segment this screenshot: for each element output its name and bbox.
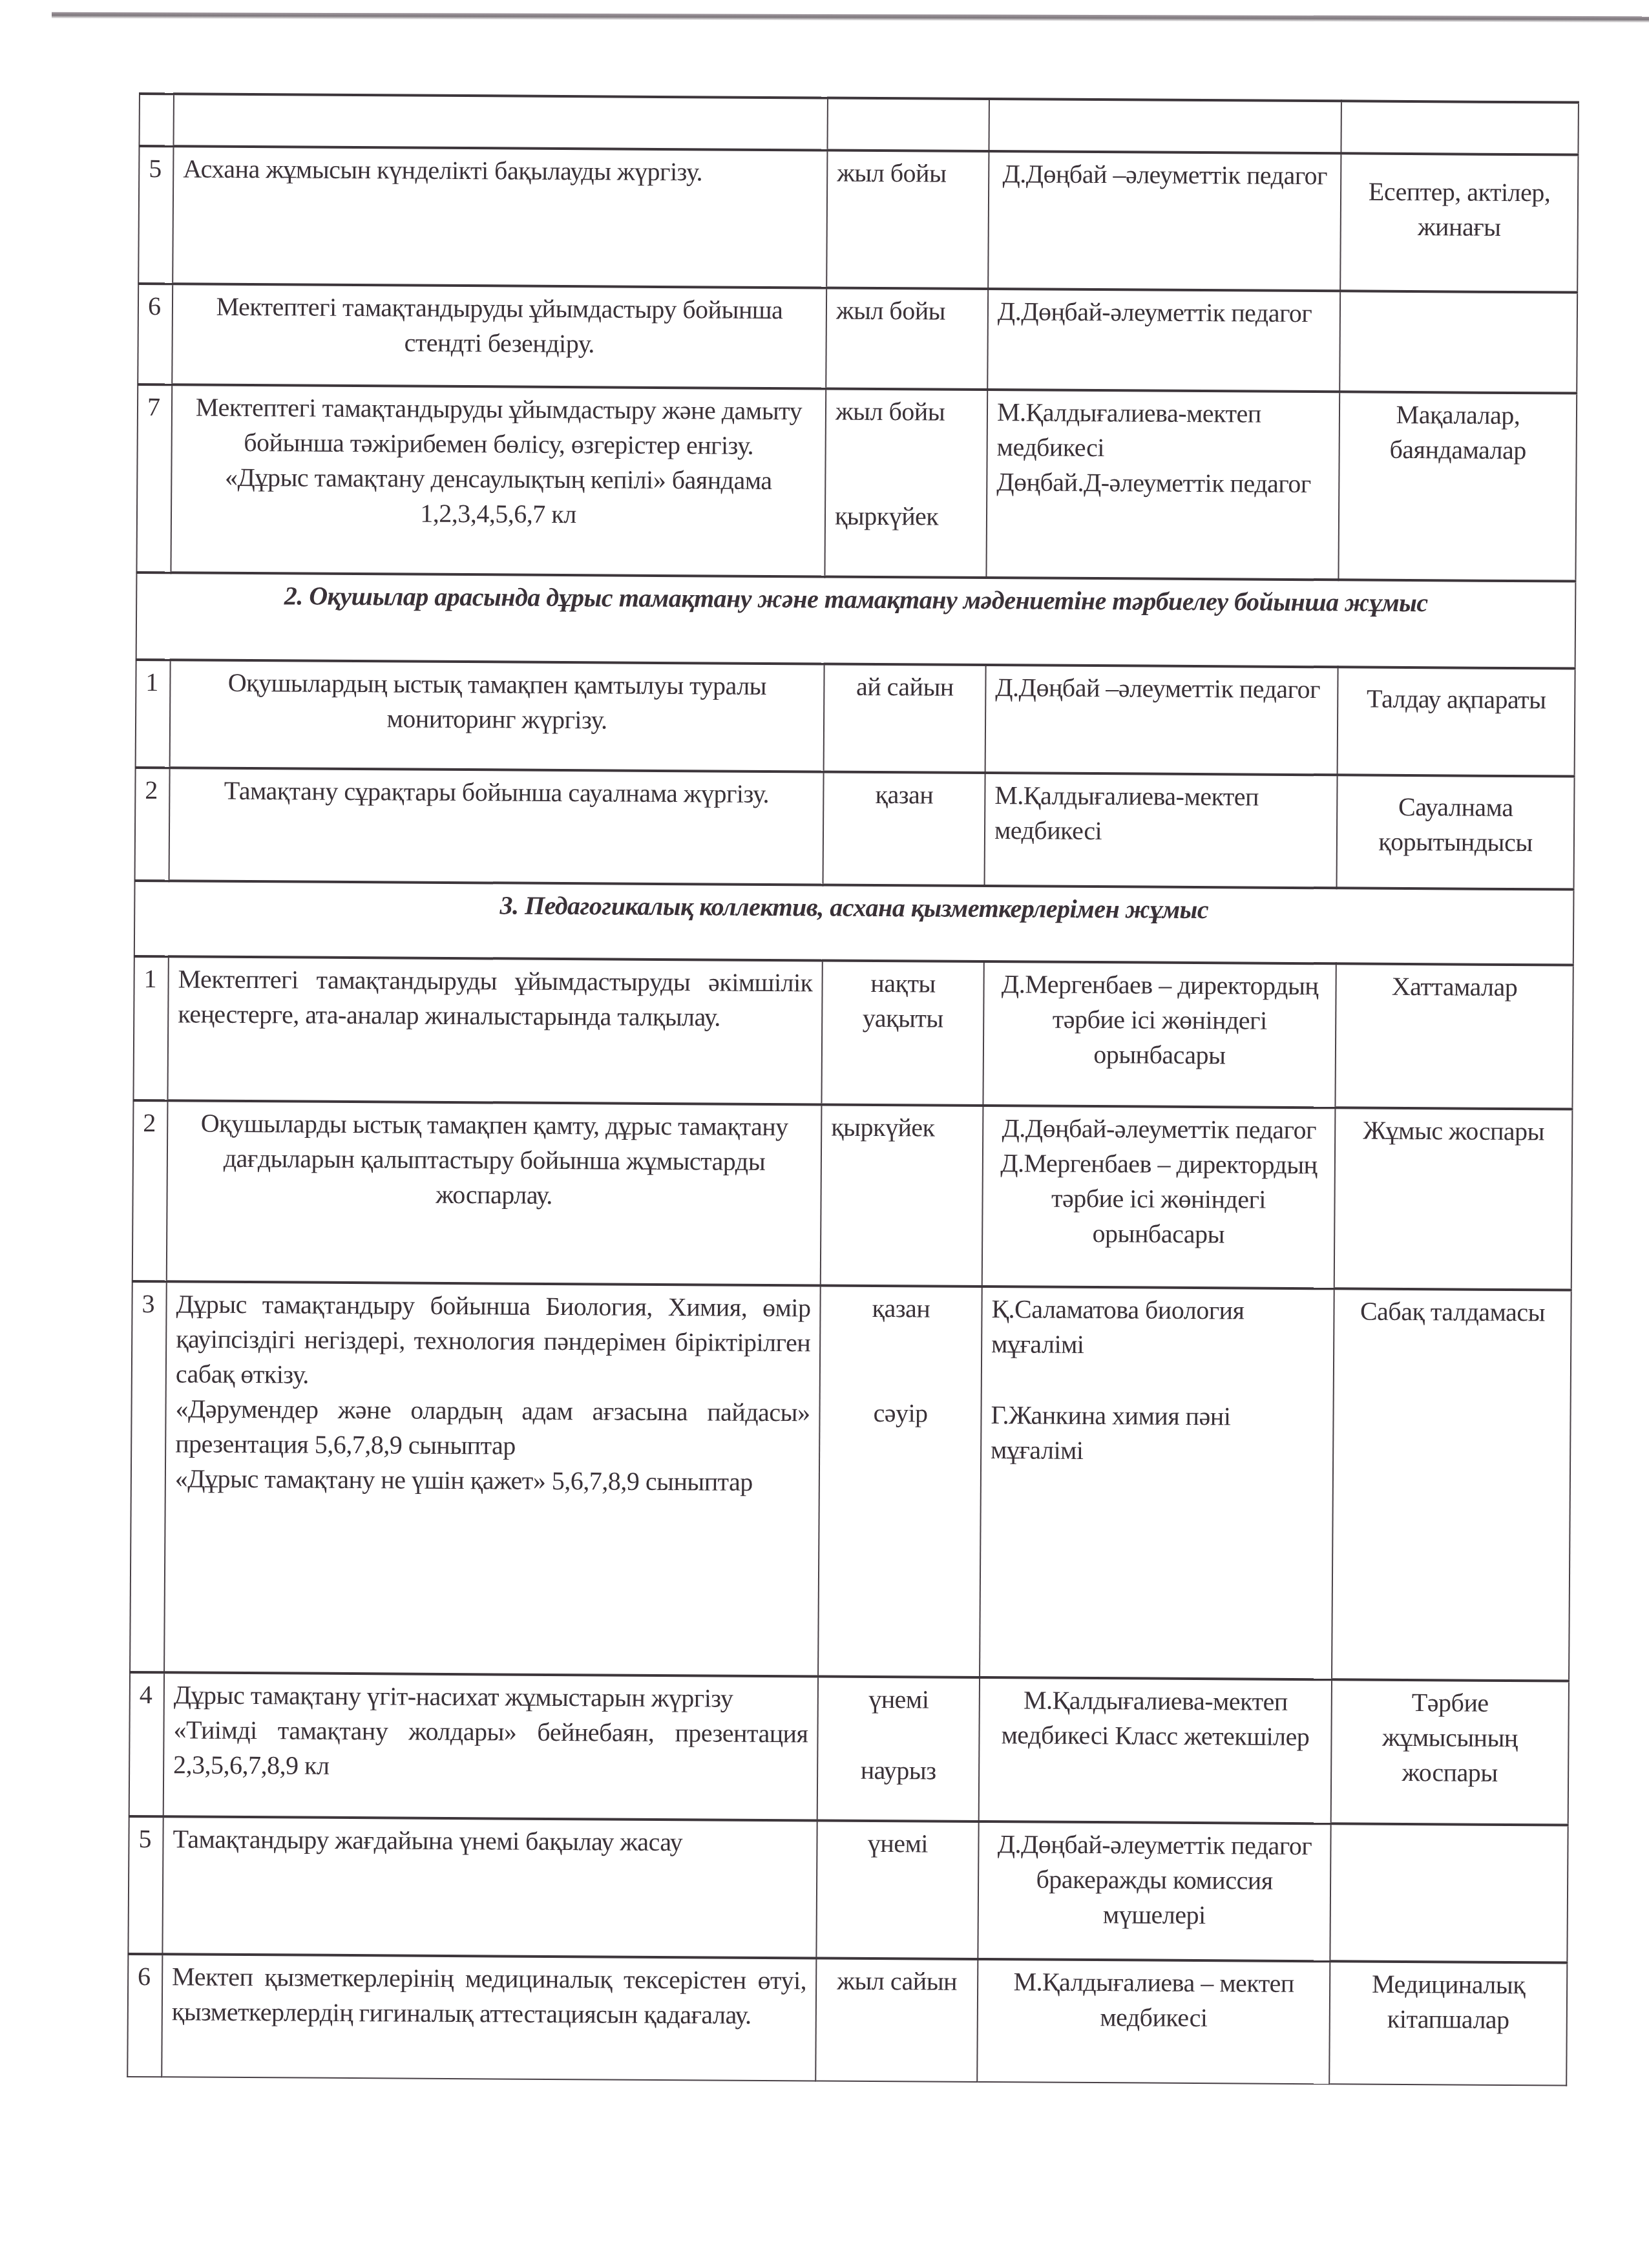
cell-responsible: М.Қалдығалиева-мектеп медбикесі Дөңбай.Д…	[986, 390, 1339, 580]
responsible-line: Қ.Саламатова биология мұғалімі	[991, 1292, 1325, 1363]
cell-task	[173, 94, 827, 150]
section-3-title: 3. Педагогикалық коллектив, асхана қызме…	[134, 881, 1574, 965]
cell-num: 5	[128, 1816, 163, 1954]
cell-num: 2	[135, 768, 170, 881]
cell-task: Оқушыларды ыстық тамақпен қамту, дұрыс т…	[167, 1100, 822, 1285]
responsible-line: Д.Мергенбаев – директордың тәрбие ісі жө…	[992, 1146, 1325, 1252]
cell-date: ай сайын	[824, 664, 986, 773]
cell-date: нақты уақыты	[821, 960, 983, 1106]
cell-task: Асхана жұмысын күнделікті бақылауды жүрг…	[173, 146, 827, 288]
cell-date: қазан	[823, 772, 985, 886]
table-row: 2 Оқушыларды ыстық тамақпен қамту, дұрыс…	[132, 1100, 1573, 1290]
cell-num: 6	[138, 284, 173, 384]
task-line: Дұрыс тамақтану үгіт-насихат жұмыстарын …	[174, 1677, 808, 1716]
cell-result: Сабақ талдамасы	[1332, 1288, 1571, 1681]
scan-edge-shadow	[52, 12, 1649, 23]
responsible-line: Д.Дөңбай-әлеуметтік педагог	[993, 1111, 1325, 1148]
table-row: 4 Дұрыс тамақтану үгіт-насихат жұмыстары…	[129, 1672, 1569, 1825]
cell-num: 7	[136, 384, 172, 572]
section-header-row: 3. Педагогикалық коллектив, асхана қызме…	[134, 881, 1574, 965]
cell-result: Сауалнама қорытындысы	[1337, 775, 1575, 889]
table-row: 7 Мектептегі тамақтандыруды ұйымдастыру …	[136, 384, 1577, 582]
cell-result: Медициналық кітапшалар	[1329, 1961, 1567, 2085]
cell-date: үнемі наурыз	[817, 1676, 980, 1822]
task-line: «Дұрыс тамақтану денсаулықтың кепілі» ба…	[181, 459, 816, 533]
date-line: үнемі	[828, 1682, 970, 1717]
cell-responsible: Д.Дөңбай-әлеуметтік педагог Д.Мергенбаев…	[982, 1106, 1336, 1288]
cell-date: жыл сайын	[815, 1958, 978, 2082]
task-line: Дұрыс тамақтандыру бойынша Биология, Хим…	[176, 1286, 811, 1395]
cell-result: Хаттамалар	[1335, 963, 1573, 1109]
cell-num: 6	[127, 1954, 162, 2077]
cell-responsible: Д.Мергенбаев – директордың тәрбие ісі жө…	[983, 961, 1336, 1108]
cell-result	[1339, 291, 1577, 393]
table-row: 1 Оқушылардың ыстық тамақпен қамтылуы ту…	[136, 660, 1575, 777]
table-row: 6 Мектеп қызметкерлерінің медициналық те…	[127, 1954, 1567, 2086]
cell-result	[1341, 101, 1578, 154]
date-line: қыркүйек	[835, 499, 977, 534]
cell-task: Тамақтану сұрақтары бойынша сауалнама жү…	[169, 768, 824, 885]
cell-task: Дұрыс тамақтану үгіт-насихат жұмыстарын …	[163, 1672, 818, 1820]
date-line: сәуір	[829, 1396, 971, 1431]
table-row: 3 Дұрыс тамақтандыру бойынша Биология, Х…	[130, 1281, 1571, 1681]
cell-responsible: М.Қалдығалиева – мектеп медбикесі	[977, 1959, 1330, 2084]
date-line: наурыз	[827, 1753, 969, 1789]
cell-responsible: Д.Дөңбай-әлеуметтік педагог	[987, 289, 1340, 392]
plan-table: 5 Асхана жұмысын күнделікті бақылауды жү…	[127, 92, 1579, 2086]
table-row: 6 Мектептегі тамақтандыруды ұйымдастыру …	[138, 284, 1577, 394]
cell-num: 4	[129, 1672, 164, 1816]
cell-responsible: Д.Дөңбай-әлеуметтік педагог бракеражды к…	[978, 1822, 1330, 1961]
table-row: 2 Тамақтану сұрақтары бойынша сауалнама …	[135, 768, 1575, 890]
cell-result: Есептер, актілер, жинағы	[1340, 153, 1578, 292]
table-row: 5 Тамақтандыру жағдайына үнемі бақылау ж…	[128, 1816, 1568, 1963]
cell-num: 1	[133, 956, 168, 1100]
cell-date: жыл бойы	[826, 288, 988, 390]
task-line: Мектептегі тамақтандыруды ұйымдастыру жә…	[182, 390, 817, 463]
cell-date: үнемі	[816, 1820, 978, 1959]
section-header-row: 2. Оқушылар арасында дұрыс тамақтану жән…	[136, 572, 1576, 669]
cell-responsible: М.Қалдығалиева-мектеп медбикесі	[985, 773, 1338, 888]
section-2-title: 2. Оқушылар арасында дұрыс тамақтану жән…	[136, 572, 1576, 669]
responsible-line: Г.Жанкина химия пәні мұғалімі	[991, 1398, 1324, 1469]
cell-num: 3	[130, 1281, 167, 1672]
cell-num: 5	[138, 146, 173, 284]
cell-task: Дұрыс тамақтандыру бойынша Биология, Хим…	[164, 1281, 821, 1676]
cell-date: жыл бойы қыркүйек	[824, 389, 987, 578]
cell-task: Оқушылардың ыстық тамақпен қамтылуы тура…	[170, 660, 824, 772]
cell-task: Мектептегі тамақтандыруды ұйымдастыруды …	[167, 956, 822, 1104]
cell-responsible: Д.Дөңбай –әлеуметтік педагог	[988, 151, 1341, 291]
table-row: 1 Мектептегі тамақтандыруды ұйымдастыруд…	[133, 956, 1573, 1109]
task-line: «Дұрыс тамақтану не үшін қажет» 5,6,7,8,…	[175, 1461, 810, 1500]
cell-task: Мектеп қызметкерлерінің медициналық текс…	[162, 1954, 816, 2081]
cell-task: Тамақтандыру жағдайына үнемі бақылау жас…	[162, 1816, 817, 1958]
cell-num: 1	[136, 660, 171, 768]
cell-date: қыркүйек	[821, 1104, 983, 1286]
cell-num	[139, 94, 173, 146]
table-row: 5 Асхана жұмысын күнделікті бақылауды жү…	[138, 146, 1578, 293]
table-row-empty	[139, 94, 1578, 155]
cell-result: Мақалалар, баяндамалар	[1338, 392, 1577, 581]
cell-num: 2	[132, 1100, 168, 1281]
cell-date: жыл бойы	[826, 151, 989, 289]
date-line: жыл бойы	[835, 394, 978, 430]
responsible-line: М.Қалдығалиева-мектеп медбикесі	[997, 395, 1330, 467]
cell-responsible: Д.Дөңбай –әлеуметтік педагог	[985, 665, 1338, 775]
cell-result: Талдау ақпараты	[1338, 667, 1575, 776]
responsible-line: Дөңбай.Д-әлеуметтік педагог	[996, 465, 1329, 501]
cell-result: Тәрбие жұмысының жоспары	[1331, 1679, 1569, 1825]
task-line: «Тиімді тамақтану жолдары» бейнебаян, пр…	[173, 1712, 808, 1786]
cell-responsible	[989, 99, 1341, 153]
date-line: қазан	[830, 1291, 972, 1327]
cell-task: Мектептегі тамақтандыруды ұйымдастыру жә…	[171, 384, 826, 576]
cell-responsible: М.Қалдығалиева-мектеп медбикесі Класс же…	[979, 1677, 1332, 1823]
cell-result: Жұмыс жоспары	[1334, 1108, 1573, 1290]
task-line: «Дәрумендер және олардың адам ағзасына п…	[175, 1391, 810, 1465]
cell-date: қазан сәуір	[818, 1285, 982, 1677]
cell-responsible: Қ.Саламатова биология мұғалімі Г.Жанкина…	[980, 1286, 1334, 1679]
cell-result	[1330, 1823, 1568, 1962]
cell-task: Мектептегі тамақтандыруды ұйымдастыру бо…	[172, 284, 826, 388]
cell-date	[827, 98, 989, 152]
